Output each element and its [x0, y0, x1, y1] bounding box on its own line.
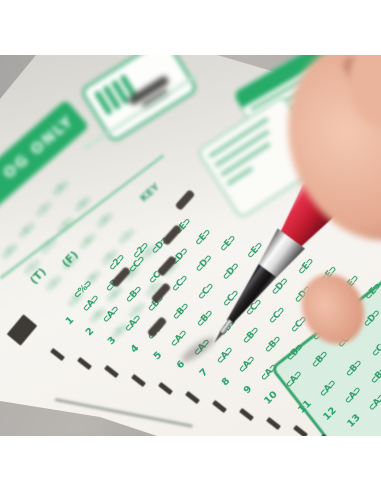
answer-bubble-A: ⊂A⊃: [101, 304, 121, 325]
question-number: 3: [106, 335, 119, 348]
timing-mark: [50, 348, 65, 361]
answer-bubble-B: ⊂B⊃: [285, 343, 305, 364]
answer-bubble-A: ⊂A⊃: [343, 386, 363, 407]
spare-bubble: ⊂2⊃: [131, 241, 151, 261]
question-number: 11: [296, 398, 314, 416]
answer-bubble-A: ⊂A⊃: [169, 329, 189, 350]
answer-bubble-B: ⊂B⊃: [263, 335, 283, 356]
timing-mark: [77, 357, 92, 370]
answer-bubble-E: ⊂E⊃: [363, 282, 381, 302]
question-number: 4: [129, 343, 142, 356]
timing-mark: [158, 382, 173, 395]
filled-bubble: [157, 255, 178, 277]
answer-bubble-C: ⊂C⊃: [370, 338, 381, 359]
timing-mark: [212, 400, 227, 413]
timing-mark: [293, 425, 308, 436]
answer-bubble-A: ⊂A⊃: [123, 313, 143, 334]
timing-mark: [131, 374, 146, 387]
answer-bubble-E: ⊂E⊃: [218, 234, 238, 254]
question-number: 12: [321, 405, 339, 423]
question-number: 10: [262, 389, 280, 407]
question-number: 1: [64, 315, 77, 328]
filled-bubble: [175, 189, 196, 211]
answer-bubble-B: ⊂B⊃: [171, 301, 191, 322]
answer-bubble-E: ⊂E⊃: [193, 227, 213, 247]
timing-mark: [185, 391, 200, 404]
pencil-tip: [212, 331, 223, 344]
answer-bubble-A: ⊂A⊃: [259, 363, 279, 384]
answer-bubble-B: ⊂B⊃: [124, 285, 144, 306]
answer-bubble-B: ⊂B⊃: [344, 358, 364, 379]
answer-bubble-A: ⊂A⊃: [284, 370, 304, 391]
timing-mark: [104, 365, 119, 378]
question-number: 13: [345, 412, 363, 430]
answer-bubble-B: ⊂B⊃: [310, 349, 330, 370]
question-number: 7: [198, 367, 211, 380]
question-number: 8: [220, 376, 233, 389]
registration-square: [7, 314, 38, 345]
answer-bubble-D: ⊂D⊃: [194, 253, 215, 274]
question-number: 9: [242, 384, 255, 397]
answer-bubble-A: ⊂A⊃: [318, 379, 338, 400]
timing-mark: [266, 417, 281, 430]
timing-mark: [320, 434, 335, 436]
answer-bubble-B: ⊂B⊃: [369, 365, 381, 386]
question-number: 5: [152, 350, 165, 363]
answer-bubble-A: ⊂A⊃: [367, 393, 381, 414]
timing-mark: [239, 408, 254, 421]
question-number: 2: [84, 326, 97, 339]
answer-bubble-A: ⊂A⊃: [81, 293, 101, 314]
photo-scantron-scene: OG ONLY ⊂0⊃⊂1⊃⊂2⊃⊂3⊃⊂4⊃⊂5⊃⊂6⊃⊂7⊃⊂8⊃⊂9⊃⊂0…: [0, 55, 381, 436]
answer-bubble-C: ⊂C⊃: [170, 273, 190, 294]
answer-bubble-A: ⊂A⊃: [237, 355, 257, 376]
